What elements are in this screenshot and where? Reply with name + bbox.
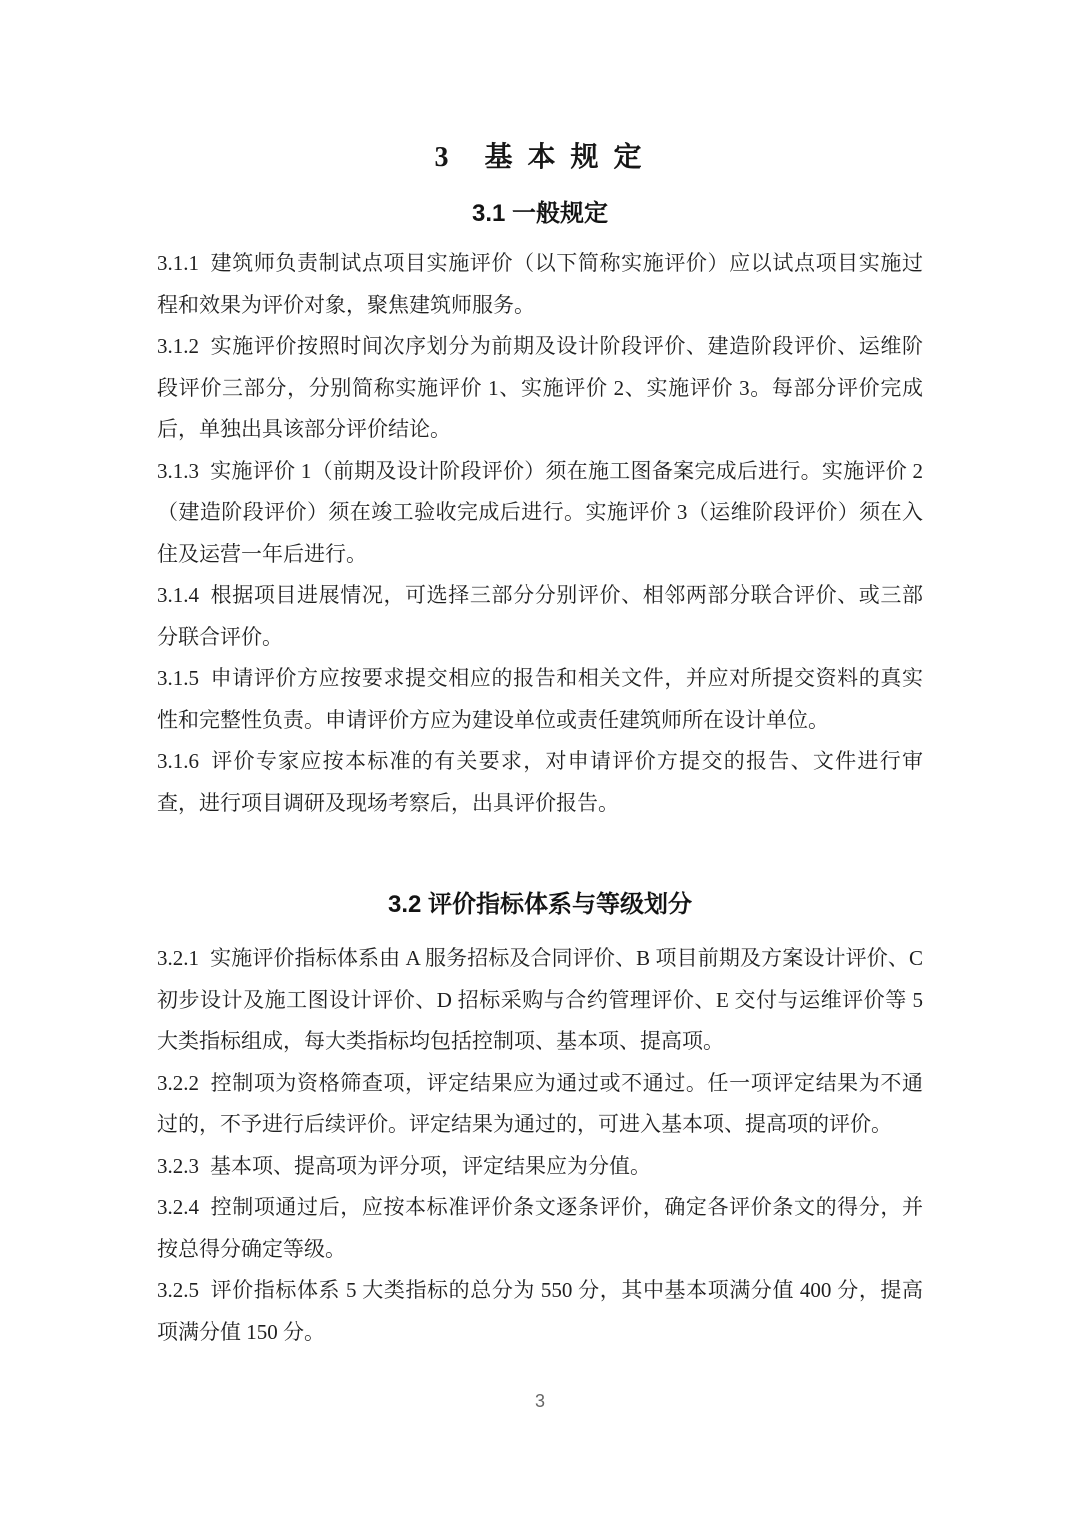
section-3-1-clauses: 3.1.1建筑师负责制试点项目实施评价（以下简称实施评价）应以试点项目实施过程和… (157, 243, 923, 824)
clause-3-1-5: 3.1.5申请评价方应按要求提交相应的报告和相关文件，并应对所提交资料的真实性和… (157, 658, 923, 741)
clause-number: 3.2.4 (157, 1195, 210, 1219)
document-page: 3 基 本 规 定 3.1 一般规定 3.1.1建筑师负责制试点项目实施评价（以… (0, 0, 1080, 1527)
clause-3-2-4: 3.2.4控制项通过后，应按本标准评价条文逐条评价，确定各评价条文的得分，并按总… (157, 1187, 923, 1270)
clause-text: 评价专家应按本标准的有关要求，对申请评价方提交的报告、文件进行审查，进行项目调研… (157, 749, 923, 815)
clause-3-1-1: 3.1.1建筑师负责制试点项目实施评价（以下简称实施评价）应以试点项目实施过程和… (157, 243, 923, 326)
clause-number: 3.1.1 (157, 251, 210, 275)
clause-3-2-3: 3.2.3基本项、提高项为评分项，评定结果应为分值。 (157, 1146, 923, 1188)
clause-text: 评价指标体系 5 大类指标的总分为 550 分，其中基本项满分值 400 分，提… (157, 1278, 923, 1344)
clause-number: 3.1.4 (157, 583, 210, 607)
clause-number: 3.2.3 (157, 1154, 210, 1178)
clause-3-2-1: 3.2.1实施评价指标体系由 A 服务招标及合同评价、B 项目前期及方案设计评价… (157, 938, 923, 1063)
clause-3-2-5: 3.2.5评价指标体系 5 大类指标的总分为 550 分，其中基本项满分值 40… (157, 1270, 923, 1353)
page-content: 3 基 本 规 定 3.1 一般规定 3.1.1建筑师负责制试点项目实施评价（以… (157, 0, 923, 1353)
clause-3-2-2: 3.2.2控制项为资格筛查项，评定结果应为通过或不通过。任一项评定结果为不通过的… (157, 1063, 923, 1146)
clause-3-1-6: 3.1.6评价专家应按本标准的有关要求，对申请评价方提交的报告、文件进行审查，进… (157, 741, 923, 824)
clause-text: 控制项为资格筛查项，评定结果应为通过或不通过。任一项评定结果为不通过的，不予进行… (157, 1071, 923, 1137)
section-heading-3-1: 3.1 一般规定 (157, 199, 923, 229)
section-heading-3-2: 3.2 评价指标体系与等级划分 (157, 890, 923, 920)
clause-text: 实施评价指标体系由 A 服务招标及合同评价、B 项目前期及方案设计评价、C 初步… (157, 946, 923, 1053)
clause-number: 3.1.5 (157, 666, 210, 690)
clause-text: 建筑师负责制试点项目实施评价（以下简称实施评价）应以试点项目实施过程和效果为评价… (157, 251, 923, 317)
clause-number: 3.2.1 (157, 946, 210, 970)
clause-text: 申请评价方应按要求提交相应的报告和相关文件，并应对所提交资料的真实性和完整性负责… (157, 666, 923, 732)
clause-3-1-3: 3.1.3实施评价 1（前期及设计阶段评价）须在施工图备案完成后进行。实施评价 … (157, 451, 923, 576)
clause-3-1-2: 3.1.2实施评价按照时间次序划分为前期及设计阶段评价、建造阶段评价、运维阶段评… (157, 326, 923, 451)
clause-text: 实施评价 1（前期及设计阶段评价）须在施工图备案完成后进行。实施评价 2（建造阶… (157, 459, 923, 566)
clause-3-1-4: 3.1.4根据项目进展情况，可选择三部分分别评价、相邻两部分联合评价、或三部分联… (157, 575, 923, 658)
clause-number: 3.1.3 (157, 459, 210, 483)
chapter-title: 3 基 本 规 定 (157, 141, 923, 175)
clause-text: 控制项通过后，应按本标准评价条文逐条评价，确定各评价条文的得分，并按总得分确定等… (157, 1195, 923, 1261)
clause-text: 基本项、提高项为评分项，评定结果应为分值。 (210, 1154, 651, 1178)
clause-number: 3.2.5 (157, 1278, 210, 1302)
section-3-2-clauses: 3.2.1实施评价指标体系由 A 服务招标及合同评价、B 项目前期及方案设计评价… (157, 938, 923, 1353)
clause-number: 3.1.6 (157, 749, 210, 773)
clause-text: 实施评价按照时间次序划分为前期及设计阶段评价、建造阶段评价、运维阶段评价三部分，… (157, 334, 923, 441)
clause-number: 3.2.2 (157, 1071, 210, 1095)
clause-number: 3.1.2 (157, 334, 210, 358)
page-number: 3 (0, 1390, 1080, 1412)
clause-text: 根据项目进展情况，可选择三部分分别评价、相邻两部分联合评价、或三部分联合评价。 (157, 583, 923, 649)
